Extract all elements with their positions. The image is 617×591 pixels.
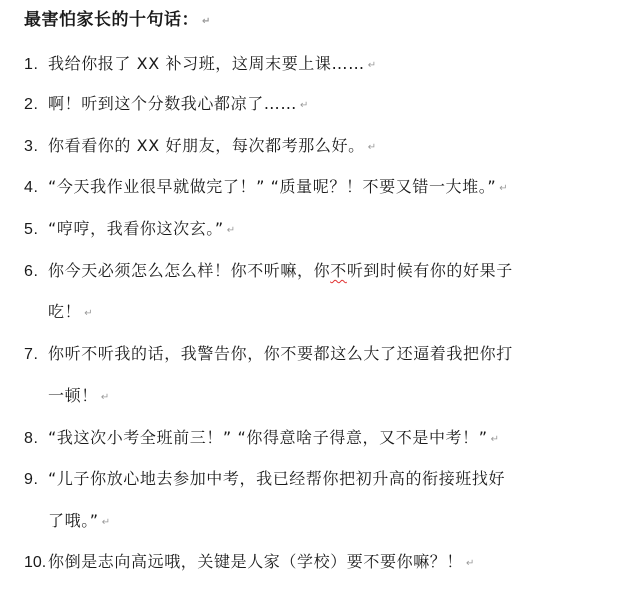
list-item-1: 1.我给你报了 XX 补习班，这周末要上课……↵ — [24, 52, 377, 78]
item-text: 一顿！ — [48, 386, 98, 405]
list-item-4: 4.“今天我作业很早就做完了！” “质量呢？！不要又错一大堆。”↵ — [24, 175, 508, 201]
title-text: 最害怕家长的十句话： — [24, 10, 199, 30]
item-number: 3. — [24, 135, 48, 159]
list-item-7: 7.你听不听我的话，我警告你，你不要都这么大了还逼着我把你打 — [24, 342, 513, 367]
item-text: “哼哼，我看你这次玄。” — [48, 219, 224, 238]
list-item-2: 2.啊！听到这个分数我心都凉了……↵ — [24, 92, 309, 118]
item-text: 啊！听到这个分数我心都凉了…… — [48, 94, 297, 113]
item-text: 你今天必须怎么怎么样！你不听嘛，你 — [48, 261, 330, 280]
list-item-6-continuation: 吃！↵ — [24, 300, 93, 326]
paragraph-mark-icon: ↵ — [466, 558, 475, 569]
list-item-9-continuation: 了哦。”↵ — [24, 509, 111, 535]
item-text: “今天我作业很早就做完了！” “质量呢？！不要又错一大堆。” — [48, 177, 496, 196]
item-text: 你看看你的 XX 好朋友，每次都考那么好。 — [48, 136, 365, 155]
list-item-7-continuation: 一顿！↵ — [24, 384, 110, 410]
list-item-9: 9.“儿子你放心地去参加中考，我已经帮你把初升高的衔接班找好 — [24, 467, 505, 492]
item-text: 你倒是志向高远哦，关键是人家（学校）要不要你嘛？！ — [48, 552, 463, 571]
item-number: 6. — [24, 260, 48, 284]
item-number: 4. — [24, 176, 48, 200]
item-number: 10. — [24, 551, 48, 575]
list-item-3: 3.你看看你的 XX 好朋友，每次都考那么好。↵ — [24, 134, 377, 160]
item-text: “我这次小考全班前三！” “你得意啥子得意，又不是中考！” — [48, 428, 488, 447]
paragraph-mark-icon: ↵ — [300, 100, 309, 111]
spellcheck-flagged-word[interactable]: 不 — [330, 261, 347, 280]
list-item-5: 5.“哼哼，我看你这次玄。”↵ — [24, 217, 236, 243]
list-item-6: 6.你今天必须怎么怎么样！你不听嘛，你不听到时候有你的好果子 — [24, 259, 513, 284]
paragraph-mark-icon: ↵ — [499, 183, 508, 194]
item-text: 听到时候有你的好果子 — [347, 261, 513, 280]
item-number: 9. — [24, 468, 48, 492]
item-number: 5. — [24, 218, 48, 242]
item-text: “儿子你放心地去参加中考，我已经帮你把初升高的衔接班找好 — [48, 469, 505, 488]
paragraph-mark-icon: ↵ — [101, 392, 110, 403]
item-text: 我给你报了 XX 补习班，这周末要上课…… — [48, 54, 365, 73]
list-item-10: 10.你倒是志向高远哦，关键是人家（学校）要不要你嘛？！↵ — [24, 550, 475, 576]
paragraph-mark-icon: ↵ — [368, 60, 377, 71]
item-number: 8. — [24, 427, 48, 451]
item-text: 吃！ — [48, 302, 81, 321]
item-number: 1. — [24, 53, 48, 77]
item-number: 7. — [24, 343, 48, 367]
item-number: 2. — [24, 93, 48, 117]
item-text: 你听不听我的话，我警告你，你不要都这么大了还逼着我把你打 — [48, 344, 513, 363]
paragraph-mark-icon: ↵ — [102, 517, 111, 528]
paragraph-mark-icon: ↵ — [202, 16, 211, 27]
item-text: 了哦。” — [48, 511, 99, 530]
paragraph-mark-icon: ↵ — [84, 308, 93, 319]
document-title: 最害怕家长的十句话：↵ — [24, 8, 211, 34]
paragraph-mark-icon: ↵ — [227, 225, 236, 236]
list-item-8: 8.“我这次小考全班前三！” “你得意啥子得意，又不是中考！”↵ — [24, 426, 500, 452]
paragraph-mark-icon: ↵ — [491, 434, 500, 445]
paragraph-mark-icon: ↵ — [368, 142, 377, 153]
